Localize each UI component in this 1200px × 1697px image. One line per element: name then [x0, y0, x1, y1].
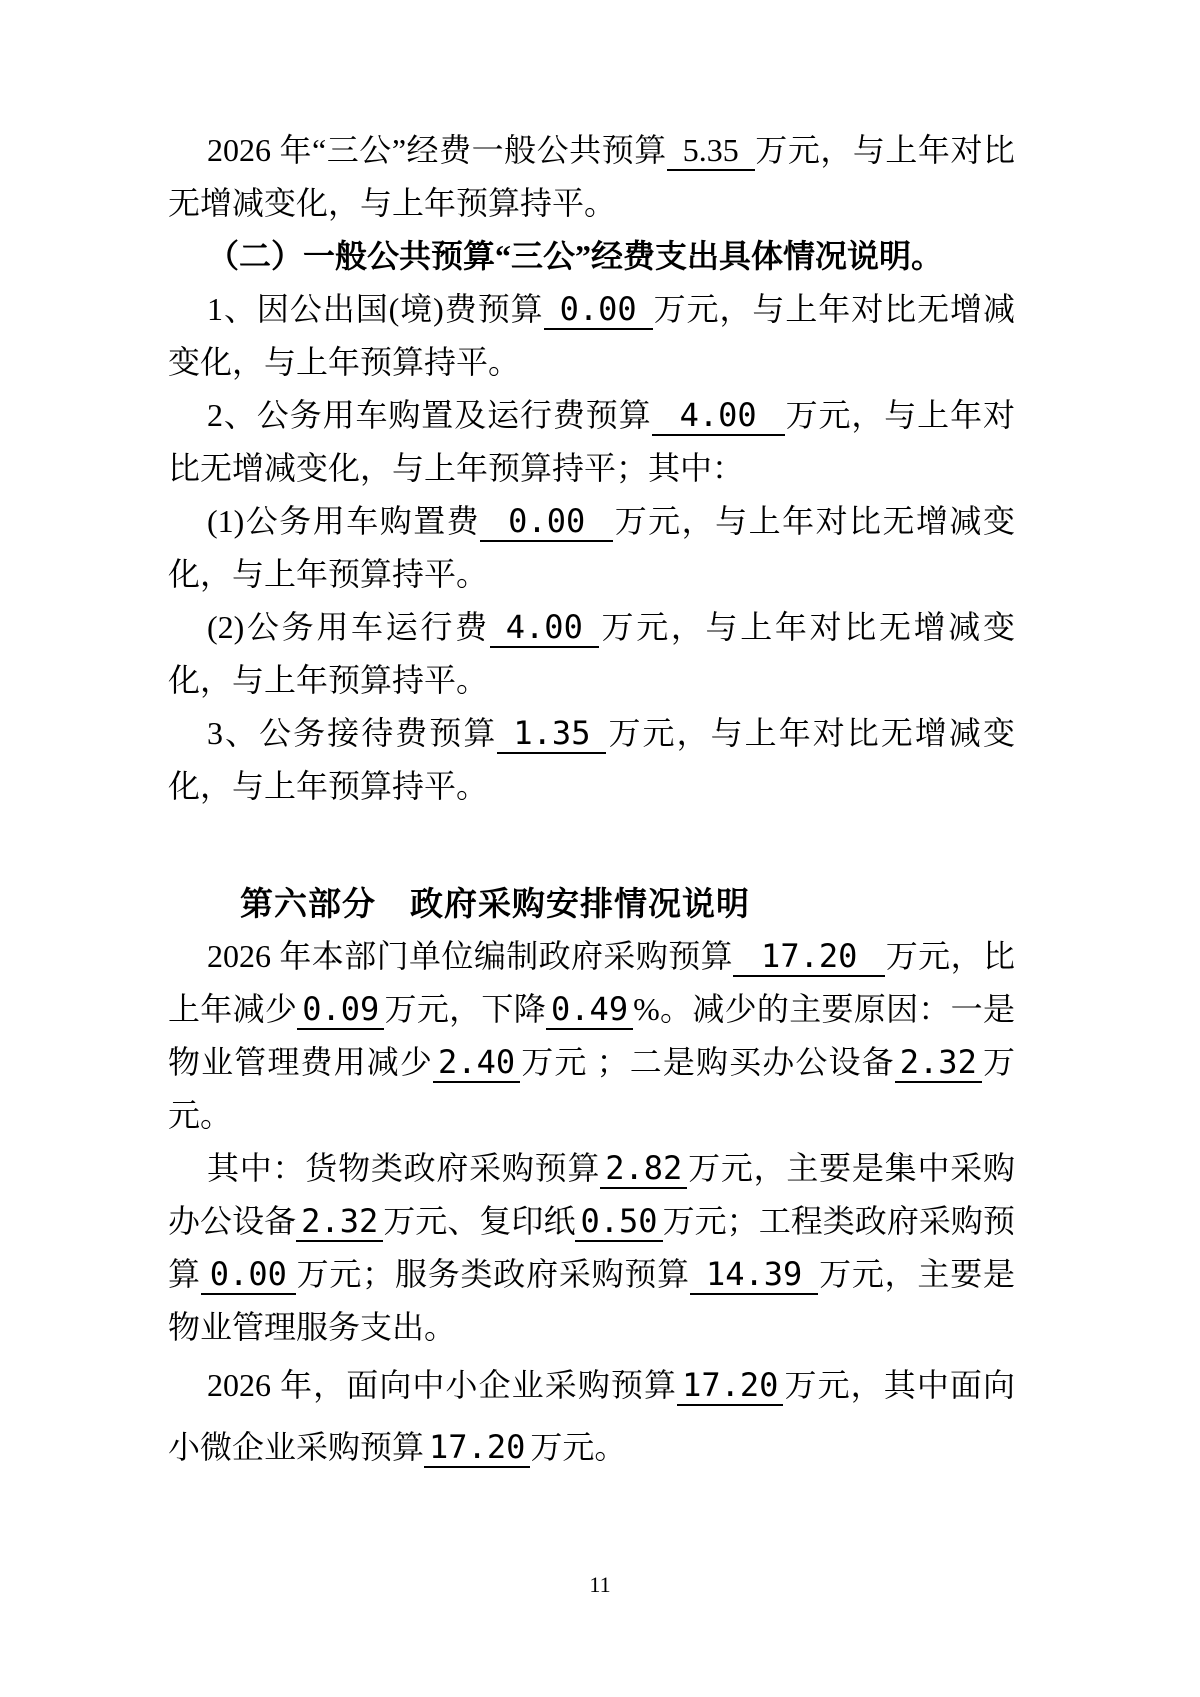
paragraph-procurement-overview: 2026 年本部门单位编制政府采购预算17.20万元，比上年减少0.09万元，下…	[168, 930, 1015, 1142]
filled-blank-services-budget: 14.39	[690, 1255, 818, 1295]
text-run: 万元；服务类政府采购预算	[296, 1256, 690, 1292]
paragraph-item2-vehicle: 2、公务用车购置及运行费预算4.00万元，与上年对比无增减变化，与上年预算持平；…	[168, 389, 1015, 495]
filled-blank-vehicle-total: 4.00	[652, 396, 785, 436]
text-run: 万元 ；二是购买办公设备	[520, 1044, 895, 1080]
filled-blank-procurement-total: 17.20	[733, 937, 885, 977]
paragraph-item2-sub2-operation: (2)公务用车运行费4.00万元，与上年对比无增减变化，与上年预算持平。	[168, 601, 1015, 707]
blank-value: 0.00	[508, 502, 585, 540]
blank-value: 4.00	[680, 396, 757, 434]
filled-blank-property-fee-decrease: 2.40	[433, 1043, 520, 1083]
filled-blank-goods-budget: 2.82	[600, 1149, 687, 1189]
subsection-heading-sangong-detail: （二）一般公共预算“三公”经费支出具体情况说明。	[168, 230, 1015, 283]
document-page: 2026 年“三公”经费一般公共预算5.35万元，与上年对比无增减变化，与上年预…	[0, 0, 1200, 1697]
paragraph-item1-abroad: 1、因公出国(境)费预算0.00万元，与上年对比无增减变化，与上年预算持平。	[168, 283, 1015, 389]
blank-value: 2.82	[605, 1149, 682, 1187]
filled-blank-paper-amount: 0.50	[575, 1202, 662, 1242]
filled-blank-reception: 1.35	[497, 714, 606, 754]
section-heading-procurement: 第六部分 政府采购安排情况说明	[168, 877, 1015, 930]
blank-value: 17.20	[682, 1366, 778, 1404]
blank-value: 4.00	[506, 608, 583, 646]
blank-value: 2.32	[301, 1202, 378, 1240]
text-run: 万元、复印纸	[383, 1203, 575, 1239]
blank-value: 17.20	[761, 937, 857, 975]
filled-blank-decrease-amount: 0.09	[297, 990, 384, 1030]
text-run: 2026 年“三公”经费一般公共预算	[207, 132, 667, 168]
text-run: 万元。	[530, 1429, 626, 1465]
blank-value: 0.50	[580, 1202, 657, 1240]
paragraph-procurement-sme: 2026 年，面向中小企业采购预算17.20万元，其中面向小微企业采购预算17.…	[168, 1354, 1015, 1478]
filled-blank-engineering-budget: 0.00	[201, 1255, 296, 1295]
heading-text: 第六部分 政府采购安排情况说明	[240, 885, 750, 922]
blank-value: 2.40	[438, 1043, 515, 1081]
blank-value: 0.00	[560, 290, 637, 328]
filled-blank-office-equipment: 2.32	[895, 1043, 982, 1083]
blank-value: 0.00	[210, 1255, 287, 1293]
blank-value: 0.09	[302, 990, 379, 1028]
filled-blank-micro-budget: 17.20	[424, 1428, 530, 1468]
blank-value: 14.39	[706, 1255, 802, 1293]
filled-blank-equipment-amount: 2.32	[296, 1202, 383, 1242]
blank-value: 2.32	[900, 1043, 977, 1081]
text-run: 万元，下降	[384, 991, 546, 1027]
filled-blank-abroad: 0.00	[544, 290, 653, 330]
page-number: 11	[0, 1570, 1200, 1600]
text-run: (1)公务用车购置费	[207, 503, 480, 539]
text-run: 其中：货物类政府采购预算	[207, 1150, 600, 1186]
document-body: 2026 年“三公”经费一般公共预算5.35万元，与上年对比无增减变化，与上年预…	[168, 124, 1015, 1478]
filled-blank-vehicle-purchase: 0.00	[480, 502, 613, 542]
filled-blank-sangong-total: 5.35	[667, 131, 755, 171]
paragraph-sangong-summary: 2026 年“三公”经费一般公共预算5.35万元，与上年对比无增减变化，与上年预…	[168, 124, 1015, 230]
blank-value: 1.35	[513, 714, 590, 752]
filled-blank-vehicle-operation: 4.00	[490, 608, 599, 648]
text-run: 2、公务用车购置及运行费预算	[207, 397, 652, 433]
paragraph-procurement-categories: 其中：货物类政府采购预算2.82万元，主要是集中采购办公设备2.32万元、复印纸…	[168, 1142, 1015, 1354]
paragraph-item3-reception: 3、公务接待费预算1.35万元，与上年对比无增减变化，与上年预算持平。	[168, 707, 1015, 813]
blank-value: 0.49	[551, 990, 628, 1028]
text-run: 2026 年，面向中小企业采购预算	[207, 1367, 677, 1403]
text-run: 3、公务接待费预算	[207, 715, 497, 751]
heading-text: （二）一般公共预算“三公”经费支出具体情况说明。	[207, 238, 943, 274]
text-run: 2026 年本部门单位编制政府采购预算	[207, 938, 733, 974]
filled-blank-sme-budget: 17.20	[677, 1366, 783, 1406]
text-run: (2)公务用车运行费	[207, 609, 490, 645]
blank-value: 17.20	[429, 1428, 525, 1466]
text-run: 1、因公出国(境)费预算	[207, 291, 544, 327]
filled-blank-decrease-percent: 0.49	[546, 990, 633, 1030]
blank-value: 5.35	[683, 132, 739, 168]
paragraph-item2-sub1-purchase: (1)公务用车购置费0.00万元，与上年对比无增减变化，与上年预算持平。	[168, 495, 1015, 601]
